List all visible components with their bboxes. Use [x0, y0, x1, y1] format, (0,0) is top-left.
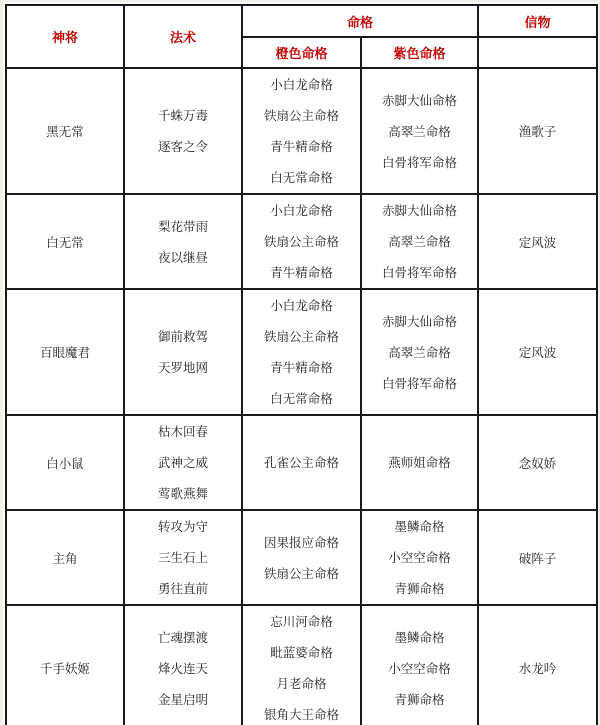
spell-item: 武神之威 — [125, 447, 241, 478]
purple-fate-item: 白骨将军命格 — [362, 368, 477, 399]
token-cell: 定风波 — [478, 194, 597, 289]
token-cell: 渔歌子 — [478, 68, 597, 194]
spell-item: 梨花带雨 — [125, 211, 241, 242]
hero-name: 白无常 — [6, 194, 124, 289]
orange-fate-cell: 因果报应命格铁扇公主命格 — [242, 510, 361, 605]
purple-fate-item: 青狮命格 — [362, 684, 477, 715]
orange-fate-item: 毗蓝婆命格 — [243, 637, 360, 668]
purple-fate-item: 白骨将军命格 — [362, 147, 477, 178]
purple-fate-item: 高翠兰命格 — [362, 337, 477, 368]
header-token-sub — [478, 37, 597, 68]
orange-fate-item: 小白龙命格 — [243, 290, 360, 321]
spell-item: 转攻为守 — [125, 511, 241, 542]
spells-cell: 梨花带雨夜以继昼 — [124, 194, 242, 289]
header-spells: 法术 — [124, 5, 242, 68]
spell-item: 天罗地网 — [125, 352, 241, 383]
orange-fate-cell: 小白龙命格铁扇公主命格青牛精命格 — [242, 194, 361, 289]
hero-name: 黑无常 — [6, 68, 124, 194]
purple-fate-item: 燕师姐命格 — [362, 447, 477, 478]
spell-item: 三生石上 — [125, 542, 241, 573]
header-purple-fate: 紫色命格 — [361, 37, 478, 68]
header-orange-fate: 橙色命格 — [242, 37, 361, 68]
orange-fate-item: 铁扇公主命格 — [243, 226, 360, 257]
hero-name: 千手妖姬 — [6, 605, 124, 725]
spells-cell: 御前救驾天罗地网 — [124, 289, 242, 415]
purple-fate-item: 青狮命格 — [362, 573, 477, 604]
orange-fate-item: 孔雀公主命格 — [243, 447, 360, 478]
purple-fate-item: 小空空命格 — [362, 542, 477, 573]
table-row: 白无常 梨花带雨夜以继昼 小白龙命格铁扇公主命格青牛精命格 赤脚大仙命格高翠兰命… — [6, 194, 597, 289]
token-cell: 定风波 — [478, 289, 597, 415]
spell-item: 枯木回春 — [125, 416, 241, 447]
purple-fate-item: 赤脚大仙命格 — [362, 85, 477, 116]
purple-fate-cell: 赤脚大仙命格高翠兰命格白骨将军命格 — [361, 194, 478, 289]
spells-cell: 枯木回春武神之威莺歌燕舞 — [124, 415, 242, 510]
spells-cell: 千蛛万毒逐客之令 — [124, 68, 242, 194]
purple-fate-cell: 赤脚大仙命格高翠兰命格白骨将军命格 — [361, 289, 478, 415]
hero-name: 百眼魔君 — [6, 289, 124, 415]
orange-fate-item: 小白龙命格 — [243, 195, 360, 226]
purple-fate-cell: 墨鳞命格小空空命格青狮命格 — [361, 510, 478, 605]
orange-fate-item: 青牛精命格 — [243, 131, 360, 162]
orange-fate-cell: 小白龙命格铁扇公主命格青牛精命格白无常命格 — [242, 289, 361, 415]
table-row: 百眼魔君 御前救驾天罗地网 小白龙命格铁扇公主命格青牛精命格白无常命格 赤脚大仙… — [6, 289, 597, 415]
orange-fate-item: 铁扇公主命格 — [243, 100, 360, 131]
purple-fate-item: 高翠兰命格 — [362, 226, 477, 257]
orange-fate-item: 因果报应命格 — [243, 527, 360, 558]
orange-fate-cell: 小白龙命格铁扇公主命格青牛精命格白无常命格 — [242, 68, 361, 194]
orange-fate-item: 忘川河命格 — [243, 606, 360, 637]
purple-fate-item: 小空空命格 — [362, 653, 477, 684]
orange-fate-item: 青牛精命格 — [243, 352, 360, 383]
purple-fate-cell: 燕师姐命格 — [361, 415, 478, 510]
orange-fate-item: 青牛精命格 — [243, 257, 360, 288]
orange-fate-item: 白无常命格 — [243, 162, 360, 193]
orange-fate-item: 白无常命格 — [243, 383, 360, 414]
header-hero: 神将 — [6, 5, 124, 68]
purple-fate-cell: 赤脚大仙命格高翠兰命格白骨将军命格 — [361, 68, 478, 194]
purple-fate-item: 高翠兰命格 — [362, 116, 477, 147]
spells-cell: 转攻为守三生石上勇往直前 — [124, 510, 242, 605]
spells-cell: 亡魂摆渡烽火连天金星启明 — [124, 605, 242, 725]
spell-item: 亡魂摆渡 — [125, 622, 241, 653]
purple-fate-item: 墨鳞命格 — [362, 511, 477, 542]
token-cell: 破阵子 — [478, 510, 597, 605]
orange-fate-cell: 忘川河命格毗蓝婆命格月老命格银角大王命格 — [242, 605, 361, 725]
purple-fate-item: 赤脚大仙命格 — [362, 306, 477, 337]
hero-lineup-table: 神将 法术 命格 信物 橙色命格 紫色命格 黑无常 千蛛万毒逐客之令 小白龙命格… — [5, 4, 598, 725]
orange-fate-item: 铁扇公主命格 — [243, 321, 360, 352]
table-row: 千手妖姬 亡魂摆渡烽火连天金星启明 忘川河命格毗蓝婆命格月老命格银角大王命格 墨… — [6, 605, 597, 725]
table-row: 白小鼠 枯木回春武神之威莺歌燕舞 孔雀公主命格 燕师姐命格 念奴娇 — [6, 415, 597, 510]
table-row: 主角 转攻为守三生石上勇往直前 因果报应命格铁扇公主命格 墨鳞命格小空空命格青狮… — [6, 510, 597, 605]
spell-item: 夜以继昼 — [125, 242, 241, 273]
hero-name: 白小鼠 — [6, 415, 124, 510]
purple-fate-item: 墨鳞命格 — [362, 622, 477, 653]
header-fate: 命格 — [242, 5, 478, 37]
spell-item: 金星启明 — [125, 684, 241, 715]
table-row: 黑无常 千蛛万毒逐客之令 小白龙命格铁扇公主命格青牛精命格白无常命格 赤脚大仙命… — [6, 68, 597, 194]
header-token: 信物 — [478, 5, 597, 37]
spell-item: 千蛛万毒 — [125, 100, 241, 131]
orange-fate-item: 月老命格 — [243, 668, 360, 699]
orange-fate-item: 铁扇公主命格 — [243, 558, 360, 589]
spell-item: 勇往直前 — [125, 573, 241, 604]
token-cell: 念奴娇 — [478, 415, 597, 510]
token-cell: 水龙吟 — [478, 605, 597, 725]
purple-fate-item: 赤脚大仙命格 — [362, 195, 477, 226]
spell-item: 逐客之令 — [125, 131, 241, 162]
orange-fate-cell: 孔雀公主命格 — [242, 415, 361, 510]
purple-fate-cell: 墨鳞命格小空空命格青狮命格 — [361, 605, 478, 725]
spell-item: 御前救驾 — [125, 321, 241, 352]
purple-fate-item: 白骨将军命格 — [362, 257, 477, 288]
hero-name: 主角 — [6, 510, 124, 605]
orange-fate-item: 银角大王命格 — [243, 699, 360, 725]
spell-item: 烽火连天 — [125, 653, 241, 684]
orange-fate-item: 小白龙命格 — [243, 69, 360, 100]
spell-item: 莺歌燕舞 — [125, 478, 241, 509]
